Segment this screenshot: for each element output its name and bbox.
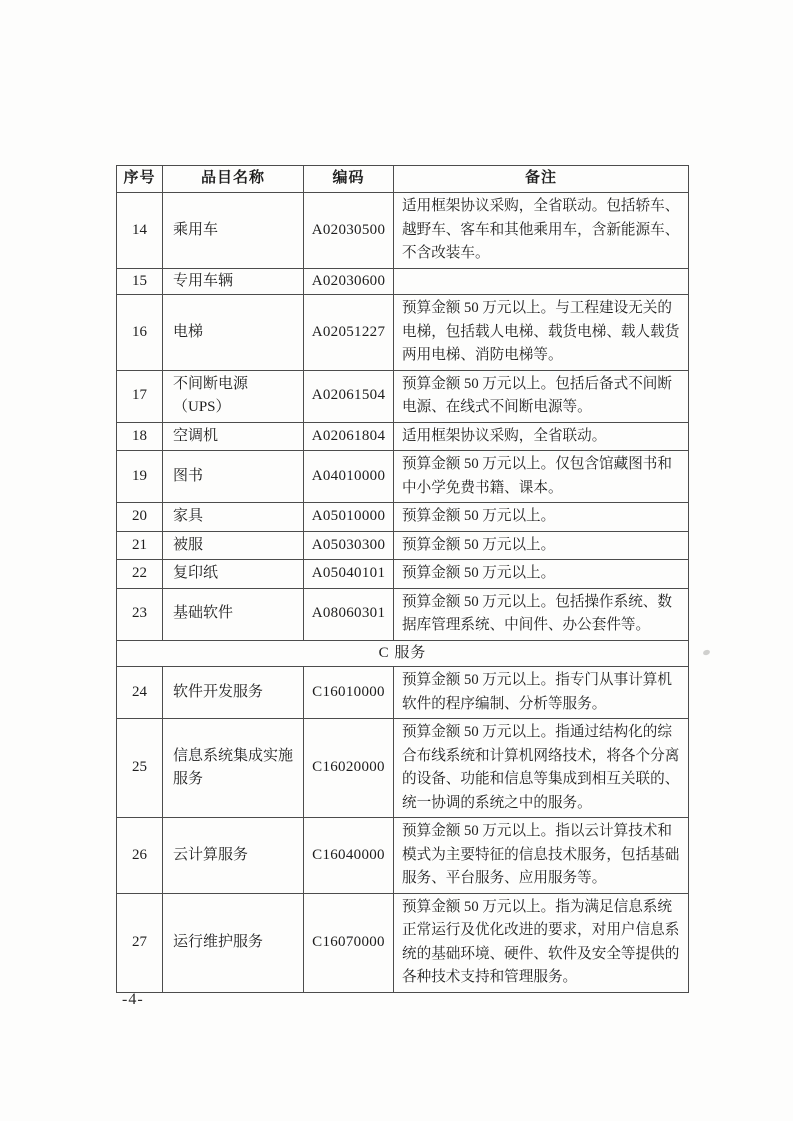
row-item-name: 不间断电源（UPS） bbox=[163, 370, 304, 422]
row-item-remark bbox=[394, 268, 689, 295]
header-code: 编码 bbox=[304, 166, 394, 193]
table-row: 22 复印纸 A05040101 预算金额 50 万元以上。 bbox=[117, 560, 689, 589]
row-serial-number: 22 bbox=[117, 560, 163, 589]
row-item-name: 家具 bbox=[163, 503, 304, 532]
row-serial-number: 19 bbox=[117, 451, 163, 503]
section-row: C 服务 bbox=[117, 640, 689, 667]
table-row: 20 家具 A05010000 预算金额 50 万元以上。 bbox=[117, 503, 689, 532]
row-item-remark: 适用框架协议采购，全省联动。包括轿车、越野车、客车和其他乘用车，含新能源车、不含… bbox=[394, 193, 689, 269]
row-item-remark: 预算金额 50 万元以上。与工程建设无关的电梯，包括载人电梯、载货电梯、载人载货… bbox=[394, 295, 689, 371]
row-item-name: 基础软件 bbox=[163, 588, 304, 640]
row-item-code: A05010000 bbox=[304, 503, 394, 532]
row-serial-number: 21 bbox=[117, 531, 163, 560]
row-item-name: 复印纸 bbox=[163, 560, 304, 589]
table-row: 18 空调机 A02061804 适用框架协议采购，全省联动。 bbox=[117, 422, 689, 451]
header-serial-number: 序号 bbox=[117, 166, 163, 193]
row-item-name: 信息系统集成实施服务 bbox=[163, 719, 304, 818]
page-number: -4- bbox=[122, 991, 144, 1009]
row-serial-number: 15 bbox=[117, 268, 163, 295]
row-item-name: 被服 bbox=[163, 531, 304, 560]
row-item-code: A02061804 bbox=[304, 422, 394, 451]
row-item-name: 软件开发服务 bbox=[163, 667, 304, 719]
row-serial-number: 20 bbox=[117, 503, 163, 532]
row-item-code: A05030300 bbox=[304, 531, 394, 560]
row-item-remark: 预算金额 50 万元以上。 bbox=[394, 560, 689, 589]
row-item-name: 图书 bbox=[163, 451, 304, 503]
row-item-code: C16070000 bbox=[304, 893, 394, 992]
table-row: 25 信息系统集成实施服务 C16020000 预算金额 50 万元以上。指通过… bbox=[117, 719, 689, 818]
row-serial-number: 17 bbox=[117, 370, 163, 422]
header-remark: 备注 bbox=[394, 166, 689, 193]
row-item-code: A04010000 bbox=[304, 451, 394, 503]
row-item-name: 乘用车 bbox=[163, 193, 304, 269]
row-item-remark: 预算金额 50 万元以上。仅包含馆藏图书和中小学免费书籍、课本。 bbox=[394, 451, 689, 503]
row-item-remark: 适用框架协议采购，全省联动。 bbox=[394, 422, 689, 451]
row-item-code: A02030600 bbox=[304, 268, 394, 295]
row-item-name: 专用车辆 bbox=[163, 268, 304, 295]
row-item-remark: 预算金额 50 万元以上。 bbox=[394, 503, 689, 532]
table-row: 19 图书 A04010000 预算金额 50 万元以上。仅包含馆藏图书和中小学… bbox=[117, 451, 689, 503]
row-serial-number: 16 bbox=[117, 295, 163, 371]
procurement-items-table: 序号 品目名称 编码 备注 14 乘用车 A02030500 适用框架协议采购，… bbox=[116, 165, 689, 993]
row-item-remark: 预算金额 50 万元以上。指专门从事计算机软件的程序编制、分析等服务。 bbox=[394, 667, 689, 719]
row-item-remark: 预算金额 50 万元以上。指为满足信息系统正常运行及优化改进的要求，对用户信息系… bbox=[394, 893, 689, 992]
row-serial-number: 24 bbox=[117, 667, 163, 719]
row-item-name: 电梯 bbox=[163, 295, 304, 371]
table-row: 23 基础软件 A08060301 预算金额 50 万元以上。包括操作系统、数据… bbox=[117, 588, 689, 640]
row-serial-number: 18 bbox=[117, 422, 163, 451]
table-row: 26 云计算服务 C16040000 预算金额 50 万元以上。指以云计算技术和… bbox=[117, 818, 689, 894]
table-body: 14 乘用车 A02030500 适用框架协议采购，全省联动。包括轿车、越野车、… bbox=[117, 193, 689, 993]
row-serial-number: 27 bbox=[117, 893, 163, 992]
row-item-code: A02061504 bbox=[304, 370, 394, 422]
row-item-remark: 预算金额 50 万元以上。指通过结构化的综合布线系统和计算机网络技术，将各个分离… bbox=[394, 719, 689, 818]
table-row: 21 被服 A05030300 预算金额 50 万元以上。 bbox=[117, 531, 689, 560]
row-serial-number: 26 bbox=[117, 818, 163, 894]
table-header-row: 序号 品目名称 编码 备注 bbox=[117, 166, 689, 193]
table-row: 14 乘用车 A02030500 适用框架协议采购，全省联动。包括轿车、越野车、… bbox=[117, 193, 689, 269]
header-item-name: 品目名称 bbox=[163, 166, 304, 193]
row-item-remark: 预算金额 50 万元以上。包括后备式不间断电源、在线式不间断电源等。 bbox=[394, 370, 689, 422]
row-item-code: C16040000 bbox=[304, 818, 394, 894]
row-item-remark: 预算金额 50 万元以上。指以云计算技术和模式为主要特征的信息技术服务，包括基础… bbox=[394, 818, 689, 894]
row-item-remark: 预算金额 50 万元以上。 bbox=[394, 531, 689, 560]
row-item-name: 空调机 bbox=[163, 422, 304, 451]
table-row: 27 运行维护服务 C16070000 预算金额 50 万元以上。指为满足信息系… bbox=[117, 893, 689, 992]
table-row: 15 专用车辆 A02030600 bbox=[117, 268, 689, 295]
table-row: 17 不间断电源（UPS） A02061504 预算金额 50 万元以上。包括后… bbox=[117, 370, 689, 422]
row-item-remark: 预算金额 50 万元以上。包括操作系统、数据库管理系统、中间件、办公套件等。 bbox=[394, 588, 689, 640]
row-serial-number: 25 bbox=[117, 719, 163, 818]
row-item-code: A02051227 bbox=[304, 295, 394, 371]
table-row: 16 电梯 A02051227 预算金额 50 万元以上。与工程建设无关的电梯，… bbox=[117, 295, 689, 371]
table-row: 24 软件开发服务 C16010000 预算金额 50 万元以上。指专门从事计算… bbox=[117, 667, 689, 719]
section-label: C 服务 bbox=[117, 640, 689, 667]
row-item-code: C16020000 bbox=[304, 719, 394, 818]
scan-artifact-speck bbox=[702, 649, 710, 656]
row-serial-number: 14 bbox=[117, 193, 163, 269]
row-item-code: C16010000 bbox=[304, 667, 394, 719]
row-serial-number: 23 bbox=[117, 588, 163, 640]
row-item-name: 运行维护服务 bbox=[163, 893, 304, 992]
row-item-code: A08060301 bbox=[304, 588, 394, 640]
row-item-code: A05040101 bbox=[304, 560, 394, 589]
row-item-code: A02030500 bbox=[304, 193, 394, 269]
row-item-name: 云计算服务 bbox=[163, 818, 304, 894]
